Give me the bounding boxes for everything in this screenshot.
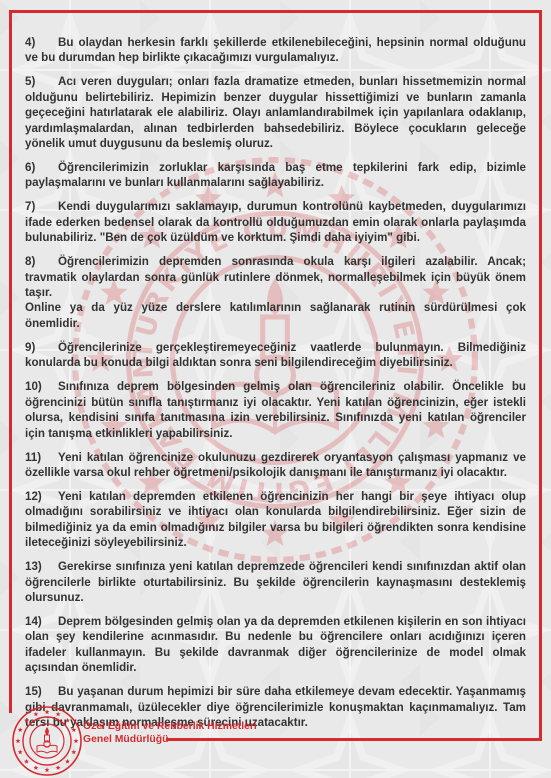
paragraph-text: Acı veren duyguları; onları fazla dramat… xyxy=(25,75,526,150)
paragraph-number: 11) xyxy=(25,450,58,465)
organization-name-line2: Genel Müdürlüğü xyxy=(83,733,257,746)
paragraph-10: 10)Sınıfınıza deprem bölgesinden gelmiş … xyxy=(25,379,526,441)
paragraph-number: 14) xyxy=(25,614,58,629)
paragraph-text-line2: Online ya da yüz yüze derslere katılımla… xyxy=(25,301,526,329)
paragraph-number: 4) xyxy=(25,35,58,50)
paragraph-7: 7)Kendi duygularımızı saklamayıp, durumu… xyxy=(25,199,526,245)
paragraph-text: Bu olaydan herkesin farklı şekillerde et… xyxy=(25,36,526,64)
paragraph-text: Öğrencilerinize gerçekleştiremeyeceğiniz… xyxy=(25,341,526,369)
paragraph-text: Yeni katılan depremden etkilenen öğrenci… xyxy=(25,490,526,549)
paragraph-number: 9) xyxy=(25,340,58,355)
paragraph-number: 7) xyxy=(25,199,58,214)
paragraph-11: 11)Yeni katılan öğrencinize okulunuzu ge… xyxy=(25,450,526,481)
red-frame-left-border xyxy=(9,10,12,713)
paragraph-12: 12)Yeni katılan depremden etkilenen öğre… xyxy=(25,489,526,551)
paragraph-text: Deprem bölgesinden gelmiş olan ya da dep… xyxy=(25,615,526,674)
paragraph-number: 15) xyxy=(25,684,58,699)
organization-name-line1: Özel Eğitim ve Rehberlik Hizmetleri xyxy=(83,720,257,733)
paragraph-13: 13)Gerekirse sınıfınıza yeni katılan dep… xyxy=(25,559,526,605)
paragraph-4: 4)Bu olaydan herkesin farklı şekillerde … xyxy=(25,35,526,66)
organization-name: Özel Eğitim ve Rehberlik Hizmetleri Gene… xyxy=(83,720,257,746)
paragraph-number: 6) xyxy=(25,160,58,175)
paragraph-5: 5)Acı veren duyguları; onları fazla dram… xyxy=(25,74,526,151)
paragraph-number: 13) xyxy=(25,559,58,574)
paragraph-number: 10) xyxy=(25,379,58,394)
paragraph-6: 6)Öğrencilerimizin zorluklar karşısında … xyxy=(25,160,526,191)
paragraph-14: 14)Deprem bölgesinden gelmiş olan ya da … xyxy=(25,614,526,676)
meb-seal-icon xyxy=(12,706,82,776)
paragraph-8: 8)Öğrencilerimizin depremden sonrasında … xyxy=(25,254,526,331)
document-body: 4)Bu olaydan herkesin farklı şekillerde … xyxy=(25,35,526,739)
paragraph-number: 12) xyxy=(25,489,58,504)
paragraph-9: 9)Öğrencilerinize gerçekleştiremeyeceğin… xyxy=(25,340,526,371)
paragraph-number: 8) xyxy=(25,254,58,269)
paragraph-text: Gerekirse sınıfınıza yeni katılan deprem… xyxy=(25,560,526,604)
paragraph-number: 5) xyxy=(25,74,58,89)
paragraph-text: Kendi duygularımızı saklamayıp, durumun … xyxy=(25,200,526,244)
paragraph-text: Yeni katılan öğrencinize okulunuzu gezdi… xyxy=(25,451,526,479)
paragraph-text: Sınıfınıza deprem bölgesinden gelmiş ola… xyxy=(25,380,526,439)
paragraph-text: Öğrencilerimizin zorluklar karşısında ba… xyxy=(25,161,526,189)
paragraph-text: Öğrencilerimizin depremden sonrasında ok… xyxy=(25,255,526,299)
